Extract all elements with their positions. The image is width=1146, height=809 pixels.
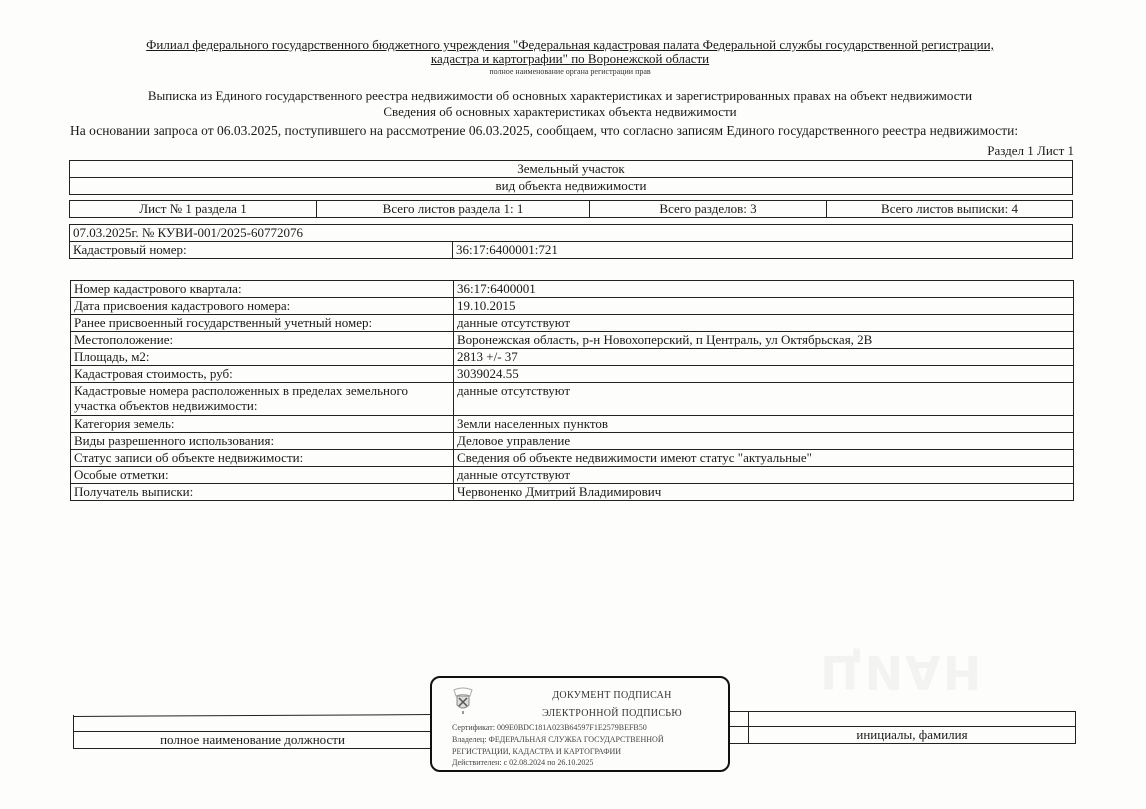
cadastral-number-value: 36:17:6400001:721: [453, 242, 1073, 259]
stamp-title: ДОКУМЕНТ ПОДПИСАН: [502, 690, 722, 701]
detail-value: Червоненко Дмитрий Владимирович: [454, 484, 1074, 501]
detail-value: 19.10.2015: [454, 298, 1074, 315]
table-row: Получатель выписки:Червоненко Дмитрий Вл…: [71, 484, 1074, 501]
detail-value: Воронежская область, р-н Новохоперский, …: [454, 332, 1074, 349]
divider: [73, 731, 433, 732]
detail-label: Кадастровая стоимость, руб:: [71, 366, 454, 383]
organization-name: Филиал федерального государственного бюд…: [60, 38, 1080, 66]
detail-label: Категория земель:: [71, 416, 454, 433]
object-type-value: Земельный участок: [70, 161, 1073, 178]
divider: [73, 714, 433, 717]
table-row: Дата присвоения кадастрового номера:19.1…: [71, 298, 1074, 315]
table-row: Местоположение:Воронежская область, р-н …: [71, 332, 1074, 349]
document-subtitle: Сведения об основных характеристиках объ…: [60, 104, 1060, 120]
sheet-number: Лист № 1 раздела 1: [70, 201, 317, 218]
divider: [73, 715, 74, 749]
registration-table: 07.03.2025г. № КУВИ-001/2025-60772076 Ка…: [69, 224, 1073, 259]
organization-name-line1: Филиал федерального государственного бюд…: [60, 38, 1080, 52]
document-title: Выписка из Единого государственного реес…: [60, 88, 1060, 104]
detail-value: данные отсутствуют: [454, 315, 1074, 332]
detail-value: Деловое управление: [454, 433, 1074, 450]
divider: [726, 711, 1076, 712]
detail-value: данные отсутствуют: [454, 467, 1074, 484]
table-row: Кадастровые номера расположенных в преде…: [71, 383, 1074, 416]
detail-value: данные отсутствуют: [454, 383, 1074, 416]
table-row: Категория земель:Земли населенных пункто…: [71, 416, 1074, 433]
detail-label: Получатель выписки:: [71, 484, 454, 501]
table-row: Ранее присвоенный государственный учетны…: [71, 315, 1074, 332]
stamp-owner-line2: РЕГИСТРАЦИИ, КАДАСТРА И КАРТОГРАФИИ: [452, 747, 621, 756]
organization-caption: полное наименование органа регистрации п…: [60, 67, 1080, 76]
detail-label: Номер кадастрового квартала:: [71, 281, 454, 298]
detail-label: Местоположение:: [71, 332, 454, 349]
sections-total: Всего разделов: 3: [590, 201, 827, 218]
table-row: Площадь, м2:2813 +/- 37: [71, 349, 1074, 366]
property-details-table: Номер кадастрового квартала:36:17:640000…: [70, 280, 1074, 501]
divider: [726, 726, 1076, 727]
table-row: Номер кадастрового квартала:36:17:640000…: [71, 281, 1074, 298]
organization-name-line2: кадастра и картографии" по Воронежской о…: [60, 52, 1080, 66]
divider: [726, 743, 1076, 744]
divider: [1075, 711, 1076, 744]
stamp-certificate: Сертификат: 009E0BDC181A023B64597F1E2579…: [452, 723, 647, 732]
detail-value: 2813 +/- 37: [454, 349, 1074, 366]
divider: [73, 748, 433, 749]
object-type-caption: вид объекта недвижимости: [70, 178, 1073, 195]
detail-label: Особые отметки:: [71, 467, 454, 484]
detail-label: Статус записи об объекте недвижимости:: [71, 450, 454, 467]
detail-label: Площадь, м2:: [71, 349, 454, 366]
coat-of-arms-icon: [450, 686, 476, 714]
extract-sheets-total: Всего листов выписки: 4: [827, 201, 1073, 218]
sheets-info-table: Лист № 1 раздела 1 Всего листов раздела …: [69, 200, 1073, 218]
detail-label: Ранее присвоенный государственный учетны…: [71, 315, 454, 332]
name-caption: инициалы, фамилия: [752, 727, 1072, 743]
detail-label: Дата присвоения кадастрового номера:: [71, 298, 454, 315]
position-caption: полное наименование должности: [75, 732, 430, 748]
detail-value: 36:17:6400001: [454, 281, 1074, 298]
stamp-owner-line1: Владелец: ФЕДЕРАЛЬНАЯ СЛУЖБА ГОСУДАРСТВЕ…: [452, 735, 664, 744]
stamp-validity: Действителен: с 02.08.2024 по 26.10.2025: [452, 758, 593, 767]
stamp-subtitle: ЭЛЕКТРОННОЙ ПОДПИСЬЮ: [502, 708, 722, 719]
table-row: Виды разрешенного использования:Деловое …: [71, 433, 1074, 450]
detail-label: Виды разрешенного использования:: [71, 433, 454, 450]
detail-value: Сведения об объекте недвижимости имеют с…: [454, 450, 1074, 467]
divider: [748, 711, 749, 744]
detail-value: Земли населенных пунктов: [454, 416, 1074, 433]
section-reference: Раздел 1 Лист 1: [987, 143, 1074, 159]
request-basis-text: На основании запроса от 06.03.2025, пост…: [70, 123, 1080, 139]
detail-value: 3039024.55: [454, 366, 1074, 383]
table-row: Статус записи об объекте недвижимости:Св…: [71, 450, 1074, 467]
registration-number: 07.03.2025г. № КУВИ-001/2025-60772076: [70, 225, 1073, 242]
detail-label: Кадастровые номера расположенных в преде…: [71, 383, 454, 416]
watermark: ЦИАН: [820, 645, 983, 699]
table-row: Кадастровая стоимость, руб:3039024.55: [71, 366, 1074, 383]
cadastral-number-label: Кадастровый номер:: [70, 242, 453, 259]
section-sheets-total: Всего листов раздела 1: 1: [317, 201, 590, 218]
object-type-table: Земельный участок вид объекта недвижимос…: [69, 160, 1073, 195]
table-row: Особые отметки:данные отсутствуют: [71, 467, 1074, 484]
e-signature-stamp: ДОКУМЕНТ ПОДПИСАН ЭЛЕКТРОННОЙ ПОДПИСЬЮ С…: [430, 676, 730, 772]
